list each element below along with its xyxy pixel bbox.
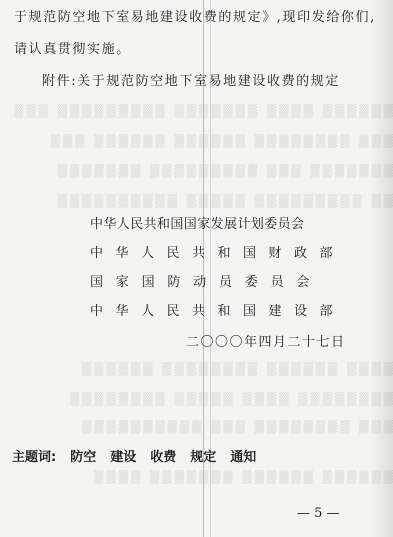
signatory: 国家国防动员委员会 [90, 271, 322, 290]
body-text-line: 请认真贯彻实施。 [14, 38, 131, 57]
subject-keywords: 主题词:防空建设收费规定通知 [12, 446, 256, 465]
issue-date: 二〇〇〇年四月二十七日 [186, 331, 346, 350]
keyword: 建设 [110, 450, 136, 465]
bleed-through-text: ▒▒▒▒▒▒ ▒▒▒▒ ▒▒▒▒▒▒▒ ▒▒▒▒▒▒▒▒▒ ▒▒▒ [0, 104, 393, 118]
attachment-line: 附件:关于规范防空地下室易地建设收费的规定 [42, 70, 340, 89]
signatory: 中华人民共和国建设部 [90, 300, 345, 319]
bleed-through-text: ▒▒▒▒▒▒▒ ▒▒▒ ▒▒▒▒▒▒▒▒▒ ▒▒▒▒▒▒▒ [0, 164, 393, 178]
document-page: ▒▒▒▒▒▒ ▒▒▒▒ ▒▒▒▒▒▒▒ ▒▒▒▒▒▒▒▒▒ ▒▒▒ ▒▒▒ ▒▒… [0, 0, 393, 537]
page-number: — 5 — [297, 506, 340, 521]
keyword: 规定 [190, 450, 216, 465]
signatory: 中华人民共和国国家发展计划委员会 [90, 213, 304, 232]
keyword: 防空 [70, 450, 96, 465]
bleed-through-text: ▒▒▒ ▒▒▒▒▒▒▒▒ ▒▒▒▒▒▒ ▒▒▒▒▒▒ ▒▒▒ [0, 134, 393, 148]
keyword: 收费 [150, 450, 176, 465]
keyword: 通知 [230, 450, 256, 465]
bleed-through-text: ▒▒▒▒▒▒▒▒ ▒▒▒▒ ▒▒▒▒▒ ▒▒▒▒▒▒▒▒ [0, 392, 393, 406]
signatory: 中华人民共和国财政部 [90, 242, 345, 261]
bleed-through-text: ▒▒ ▒▒▒▒▒▒▒▒▒ ▒▒▒▒▒ ▒▒▒▒▒▒▒▒▒▒ [0, 194, 393, 208]
subject-label: 主题词: [12, 450, 56, 465]
bleed-through-text: ▒▒▒ ▒▒▒▒▒▒▒▒ ▒▒▒ ▒▒▒▒▒▒▒▒▒▒ [0, 420, 393, 434]
bleed-through-text: ▒▒▒▒▒▒ ▒▒▒▒▒▒ ▒▒▒▒▒▒▒ ▒▒▒▒ [0, 470, 393, 484]
bleed-through-text: ▒▒▒▒ ▒▒▒▒▒▒ ▒▒▒▒▒▒▒▒ ▒▒▒▒▒▒ [0, 362, 393, 376]
body-text-line: 于规范防空地下室易地建设收费的规定》,现印发给你们, [14, 6, 376, 25]
